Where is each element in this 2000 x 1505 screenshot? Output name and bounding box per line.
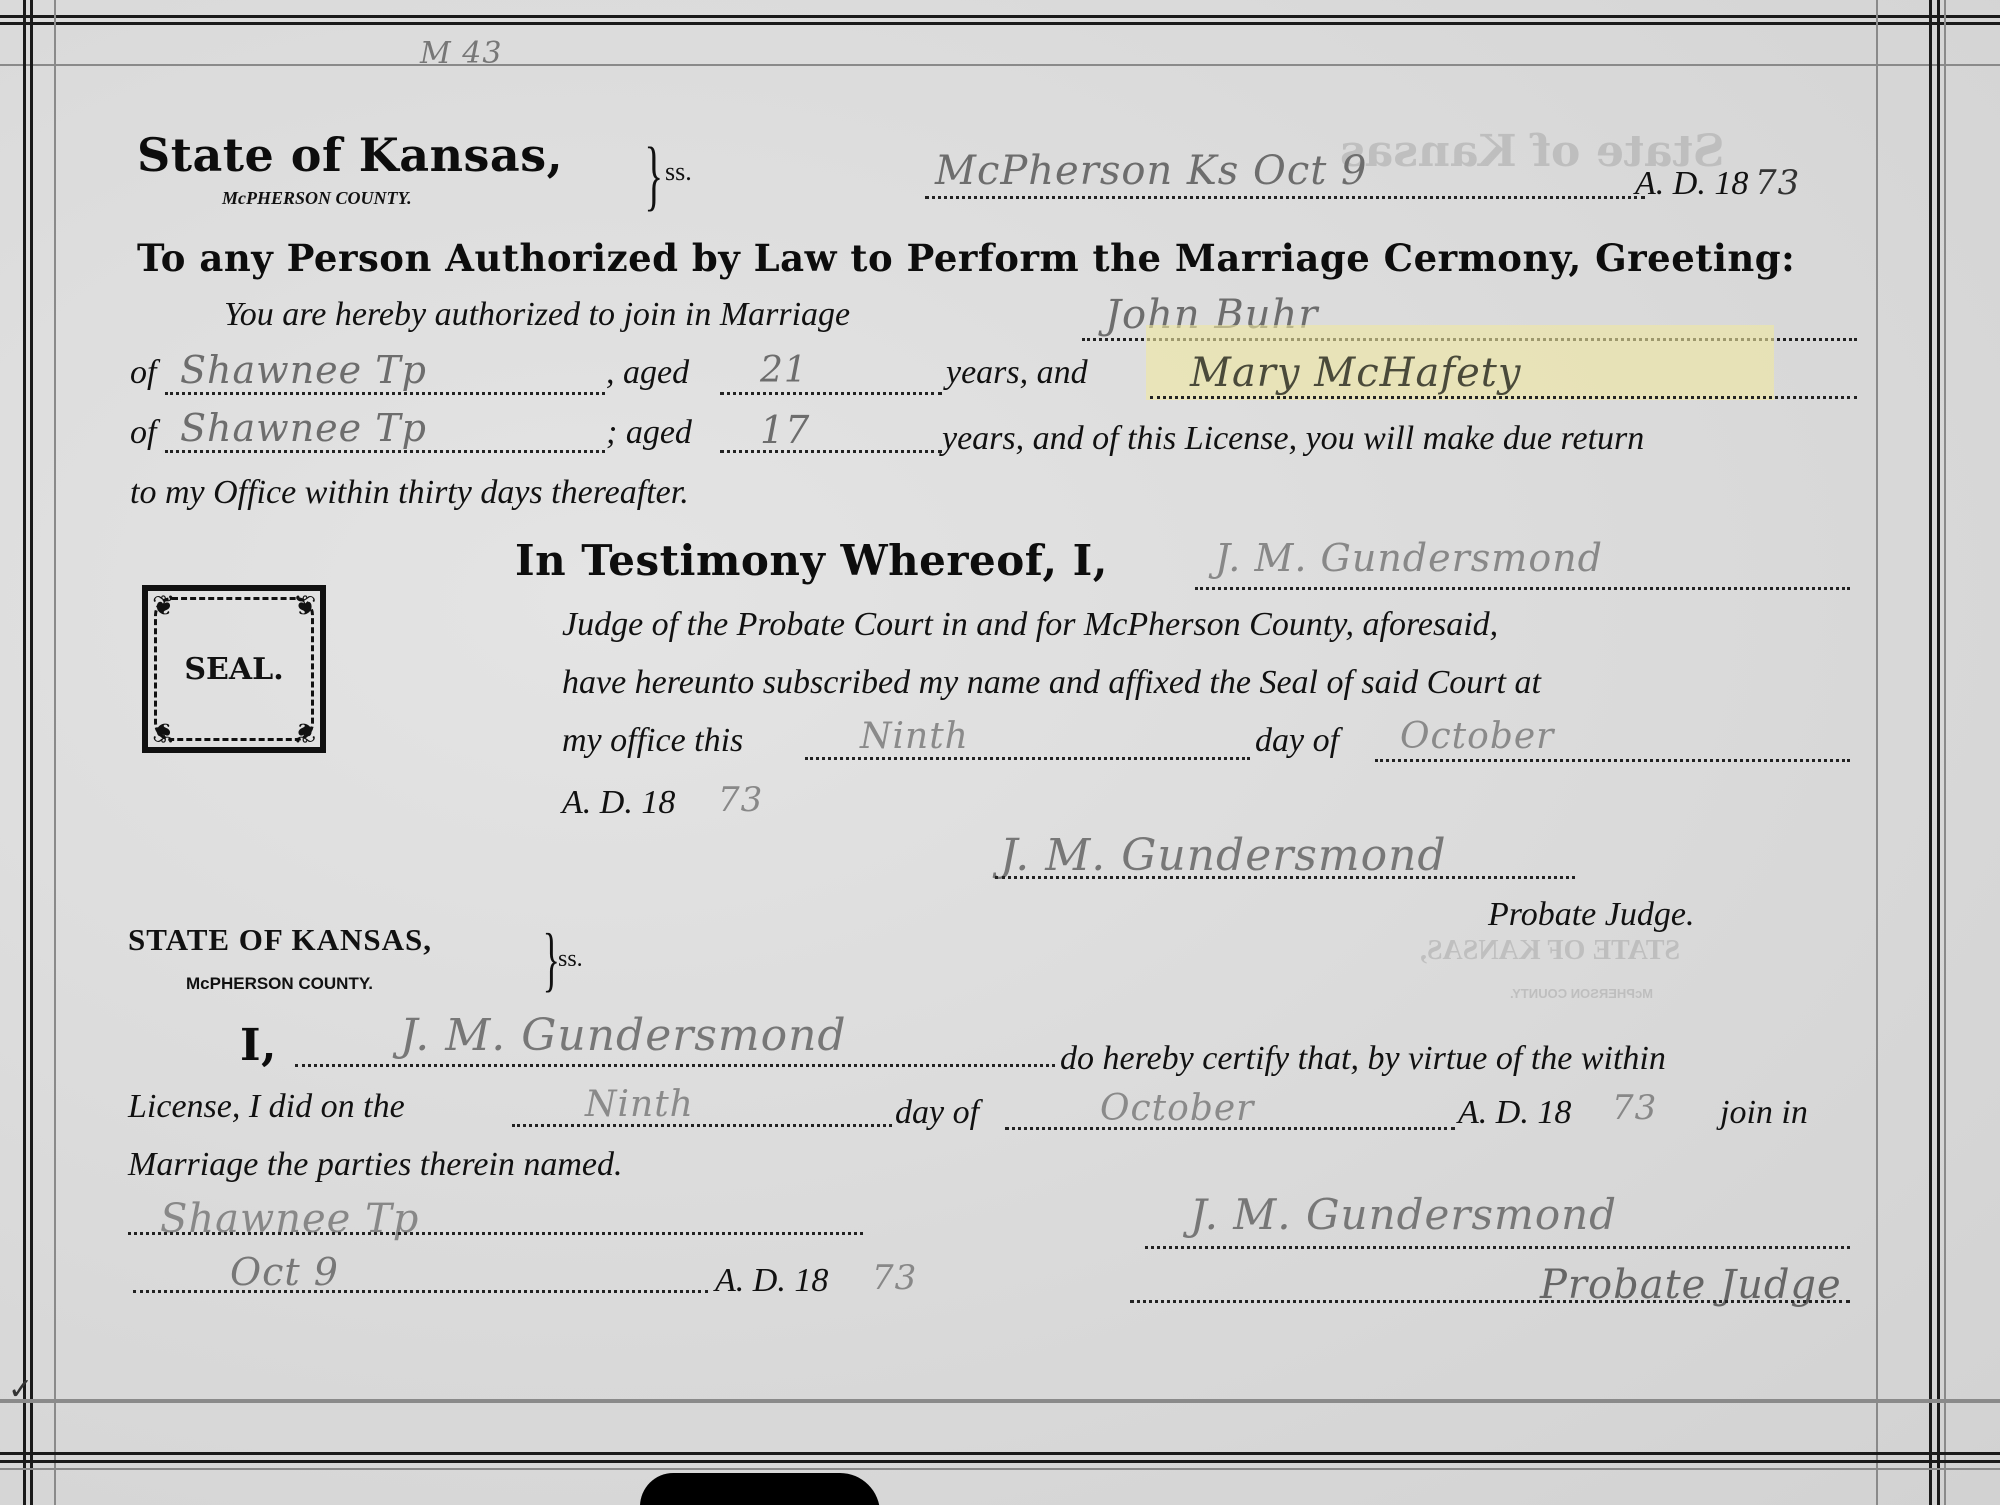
groom-age: 21 — [760, 350, 808, 391]
document-page: State of Kansas STATE OF KANSAS, McPHERS… — [0, 0, 2000, 1505]
certificate-place-line — [128, 1232, 863, 1235]
certificate-ad-year-2: 73 — [872, 1258, 917, 1298]
testimony-month-line — [1375, 759, 1850, 762]
bleed-through-county: McPHERSON COUNTY. — [1510, 986, 1653, 1001]
certificate-month: October — [1100, 1088, 1254, 1129]
bride-name: Mary McHafety — [1190, 350, 1521, 396]
certificate-certify: do hereby certify that, by virtue of the… — [1060, 1040, 1666, 1078]
license-years-and: years, and — [946, 354, 1088, 392]
bride-name-line — [1150, 396, 1857, 399]
certificate-ad: A. D. 18 — [1458, 1094, 1571, 1132]
court-seal: ❦ ❦ ❦ ❦ SEAL. — [142, 585, 326, 753]
certificate-county: McPHERSON COUNTY. — [186, 974, 373, 994]
certificate-date: Oct 9 — [230, 1250, 339, 1294]
certificate-i: I, — [240, 1020, 277, 1071]
groom-residence-line — [165, 392, 605, 395]
license-aged-1: , aged — [606, 354, 689, 392]
testimony-ad-year: 73 — [718, 780, 763, 820]
frame-right-faint-2 — [1944, 0, 1946, 1505]
header-ss: ss. — [665, 157, 692, 187]
testimony-signature: J. M. Gundersmond — [1000, 830, 1447, 881]
certificate-day-of: day of — [895, 1094, 979, 1132]
frame-left-rule-2 — [30, 0, 33, 1505]
testimony-title: Probate Judge. — [1488, 896, 1694, 934]
testimony-ad: A. D. 18 — [562, 784, 675, 822]
groom-residence: Shawnee Tp — [180, 348, 427, 392]
certificate-ad-year: 73 — [1612, 1088, 1657, 1128]
header-place-date: McPherson Ks Oct 9 — [935, 148, 1367, 194]
certificate-officiant-line — [295, 1064, 1055, 1067]
header-state: State of Kansas, — [137, 128, 563, 182]
testimony-signature-line — [995, 876, 1575, 879]
certificate-join-in: join in — [1720, 1094, 1808, 1132]
license-aged-2: ; aged — [606, 414, 692, 452]
frame-right-rule — [1929, 0, 1932, 1505]
license-office-line: to my Office within thirty days thereaft… — [130, 474, 689, 512]
frame-bottom-rule-2 — [0, 1460, 2000, 1463]
testimony-day-of: day of — [1255, 722, 1339, 760]
groom-age-line — [720, 392, 942, 395]
frame-left-rule — [23, 0, 26, 1505]
certificate-date-line — [133, 1290, 708, 1293]
margin-check-mark: ✓ — [8, 1372, 34, 1407]
seal-ornament-tl-icon: ❦ — [152, 593, 175, 621]
testimony-judge-name: J. M. Gundersmond — [1215, 536, 1603, 580]
certificate-state: STATE OF KANSAS, — [128, 922, 432, 958]
frame-right-faint — [1876, 0, 1878, 1505]
seal-ornament-br-icon: ❦ — [293, 717, 316, 745]
binding-shadow — [640, 1473, 880, 1505]
bride-residence-line — [165, 450, 605, 453]
frame-top-rule — [0, 15, 2000, 18]
seal-ornament-tr-icon: ❦ — [293, 593, 316, 621]
certificate-title-line — [1130, 1300, 1850, 1303]
greeting-heading: To any Person Authorized by Law to Perfo… — [137, 236, 1795, 280]
header-ad: A. D. 18 — [1635, 165, 1748, 203]
frame-bottom-faint — [0, 1399, 2000, 1403]
frame-top-rule-2 — [0, 22, 2000, 25]
bleed-through-state-caps: STATE OF KANSAS, — [1420, 935, 1680, 967]
license-of-1: of — [130, 354, 156, 392]
certificate-parties: Marriage the parties therein named. — [128, 1146, 623, 1184]
header-brace: } — [644, 130, 663, 220]
frame-top-faint — [0, 64, 2000, 66]
testimony-month: October — [1400, 716, 1554, 757]
testimony-heading: In Testimony Whereof, I, — [515, 536, 1108, 585]
header-county: McPHERSON COUNTY. — [222, 188, 412, 209]
bride-residence: Shawnee Tp — [180, 406, 427, 450]
testimony-judge-line — [1195, 587, 1850, 590]
certificate-day: Ninth — [585, 1084, 694, 1125]
header-ad-year: 73 — [1755, 163, 1800, 203]
testimony-day-line — [805, 757, 1250, 760]
certificate-month-line — [1005, 1127, 1455, 1130]
seal-ornament-bl-icon: ❦ — [152, 717, 175, 745]
certificate-officiant: J. M. Gundersmond — [400, 1010, 847, 1061]
license-of-2: of — [130, 414, 156, 452]
testimony-line2: have hereunto subscribed my name and aff… — [562, 664, 1541, 702]
certificate-license-did: License, I did on the — [128, 1088, 405, 1126]
seal-label: SEAL. — [184, 652, 283, 687]
license-years-return: years, and of this License, you will mak… — [942, 420, 1644, 458]
frame-right-rule-2 — [1937, 0, 1940, 1505]
frame-bottom-rule — [0, 1452, 2000, 1455]
license-line1: You are hereby authorized to join in Mar… — [224, 296, 850, 334]
certificate-ad-2: A. D. 18 — [715, 1262, 828, 1300]
frame-bottom-faint-2 — [0, 1468, 2000, 1470]
frame-left-faint — [54, 0, 56, 1505]
certificate-day-line — [512, 1124, 892, 1127]
certificate-place: Shawnee Tp — [160, 1196, 419, 1242]
bride-age-line — [720, 450, 942, 453]
certificate-ss: ss. — [558, 946, 583, 973]
header-date-line — [925, 196, 1645, 199]
ledger-number: M 43 — [420, 36, 502, 71]
certificate-signature: J. M. Gundersmond — [1190, 1190, 1617, 1239]
certificate-signature-line — [1145, 1246, 1850, 1249]
testimony-day: Ninth — [860, 716, 969, 757]
testimony-line1: Judge of the Probate Court in and for Mc… — [562, 606, 1498, 644]
bride-age: 17 — [760, 408, 810, 452]
testimony-office-this: my office this — [562, 722, 743, 760]
